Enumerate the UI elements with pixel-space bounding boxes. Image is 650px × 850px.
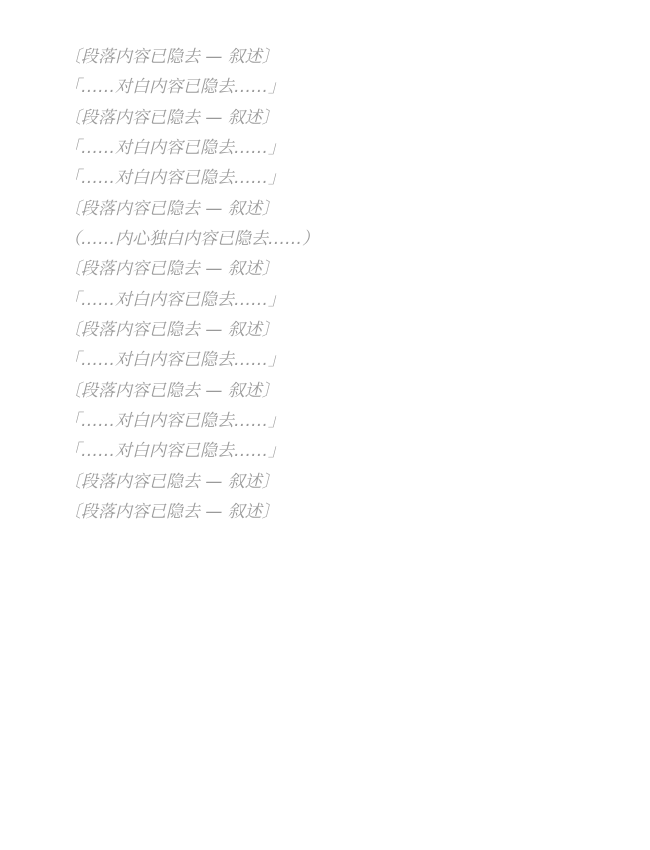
text-paragraph: （……内心独白内容已隐去……） — [30, 226, 620, 252]
text-paragraph: 〔段落内容已隐去 — 叙述〕 — [30, 196, 620, 222]
text-paragraph: 〔段落内容已隐去 — 叙述〕 — [30, 256, 620, 282]
text-paragraph: 〔段落内容已隐去 — 叙述〕 — [30, 469, 620, 495]
text-paragraph: 〔段落内容已隐去 — 叙述〕 — [30, 105, 620, 131]
text-paragraph: 「……对白内容已隐去……」 — [30, 74, 620, 100]
novel-page: 〔段落内容已隐去 — 叙述〕「……对白内容已隐去……」〔段落内容已隐去 — 叙述… — [0, 0, 650, 850]
paragraph-container: 〔段落内容已隐去 — 叙述〕「……对白内容已隐去……」〔段落内容已隐去 — 叙述… — [30, 44, 620, 526]
text-paragraph: 「……对白内容已隐去……」 — [30, 165, 620, 191]
text-paragraph: 「……对白内容已隐去……」 — [30, 347, 620, 373]
text-paragraph: 「……对白内容已隐去……」 — [30, 135, 620, 161]
text-paragraph: 〔段落内容已隐去 — 叙述〕 — [30, 44, 620, 70]
text-paragraph: 〔段落内容已隐去 — 叙述〕 — [30, 317, 620, 343]
text-paragraph: 「……对白内容已隐去……」 — [30, 287, 620, 313]
text-paragraph: 「……对白内容已隐去……」 — [30, 408, 620, 434]
text-paragraph: 〔段落内容已隐去 — 叙述〕 — [30, 499, 620, 525]
text-paragraph: 〔段落内容已隐去 — 叙述〕 — [30, 378, 620, 404]
text-paragraph: 「……对白内容已隐去……」 — [30, 438, 620, 464]
